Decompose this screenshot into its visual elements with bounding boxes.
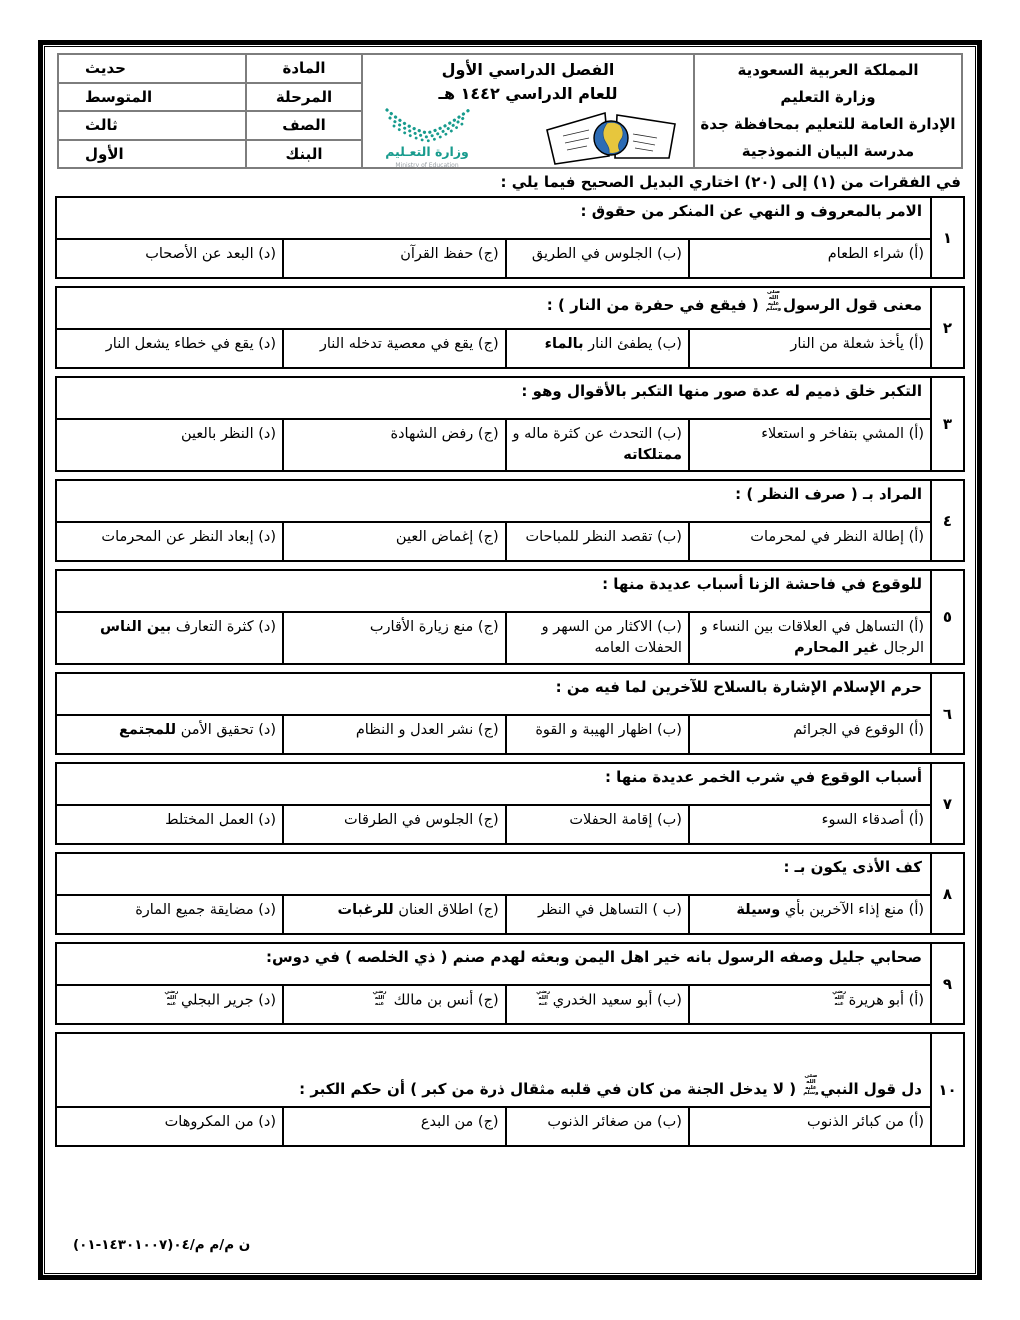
question-number: ٣ bbox=[930, 378, 963, 470]
question-options-row: (أ) يأخذ شعلة من النار(ب) يطفئ النار بال… bbox=[57, 330, 930, 367]
school-line: مدرسة البيان النموذجية bbox=[697, 138, 959, 165]
option-cell: (أ) الوقوع في الجرائم bbox=[690, 716, 930, 753]
option-cell: (د) كثرة التعارف بين الناس bbox=[57, 613, 284, 663]
option-cell: (د) البعد عن الأصحاب bbox=[57, 240, 284, 277]
option-cell: (ج) يقع في معصية تدخله النار bbox=[284, 330, 507, 367]
option-cell: (ج) إغماض العين bbox=[284, 523, 507, 560]
question-box: ١ الامر بالمعروف و النهي عن المنكر من حق… bbox=[55, 196, 965, 279]
question-stem: معنى قول الرسولصلى الله عليه وسلم ( فيقع… bbox=[57, 288, 930, 330]
ministry-line: وزارة التعليم bbox=[697, 84, 959, 111]
question-number: ٨ bbox=[930, 854, 963, 933]
ministry-logo-title: وزارة التعـليم bbox=[385, 144, 469, 159]
option-cell: (د) مضايقة جميع المارة bbox=[57, 896, 284, 933]
option-cell: (ب) اظهار الهيبة و القوة bbox=[507, 716, 690, 753]
question-options-row: (أ) إطالة النظر في لمحرمات(ب) تقصد النظر… bbox=[57, 523, 930, 560]
question-box: ٦ حرم الإسلام الإشارة بالسلاح للآخرين لم… bbox=[55, 672, 965, 755]
instruction-line: في الفقرات من (١) إلى (٢٠) اختاري البديل… bbox=[55, 169, 965, 196]
option-cell: (ج) من البدع bbox=[284, 1108, 507, 1145]
honorific-ligature: رضي الله عنه bbox=[163, 990, 180, 1007]
stage-label: المرحلة bbox=[245, 84, 361, 111]
question-box: ٥ للوقوع في فاحشة الزنا أسباب عديدة منها… bbox=[55, 569, 965, 665]
option-cell: (أ) منع إذاء الآخرين بأي وسيلة bbox=[690, 896, 930, 933]
question-number: ٥ bbox=[930, 571, 963, 663]
option-cell: (د) يقع في خطاء يشعل النار bbox=[57, 330, 284, 367]
option-cell: (أ) إطالة النظر في لمحرمات bbox=[690, 523, 930, 560]
kingdom-line: المملكة العربية السعودية bbox=[697, 57, 959, 84]
stage-value: المتوسط bbox=[59, 84, 245, 111]
question-stem: التكبر خلق ذميم له عدة صور منها التكبر ب… bbox=[57, 378, 930, 420]
subject-value-text: حديث bbox=[85, 59, 126, 77]
option-cell: (ج) الجلوس في الطرقات bbox=[284, 806, 507, 843]
question-box: ٣ التكبر خلق ذميم له عدة صور منها التكبر… bbox=[55, 376, 965, 472]
stage-row: المرحلة المتوسط bbox=[59, 82, 361, 111]
school-logo-icon bbox=[541, 108, 681, 170]
option-cell: (ب) يطفئ النار بالماء bbox=[507, 330, 690, 367]
question-stem: صحابي جليل وصفه الرسول بانه خير اهل اليم… bbox=[57, 944, 930, 986]
option-cell: (ب) إقامة الحفلات bbox=[507, 806, 690, 843]
option-cell: (ج) منع زيارة الأقارب bbox=[284, 613, 507, 663]
footer-code: ن م/م م/٠٤(١٤٣٠١٠٠٧-٠١) bbox=[73, 1237, 250, 1253]
option-cell: (ب) الاكثار من السهر و الحفلات العامه bbox=[507, 613, 690, 663]
option-cell: (أ) شراء الطعام bbox=[690, 240, 930, 277]
exam-info-table: المادة حديث المرحلة المتوسط الصف ثالث ال… bbox=[59, 55, 361, 167]
honorific-ligature: صلى الله عليه وسلم bbox=[765, 290, 782, 313]
honorific-ligature: رضي الله عنه bbox=[831, 990, 848, 1007]
question-stem: للوقوع في فاحشة الزنا أسباب عديدة منها : bbox=[57, 571, 930, 613]
question-box: ٧ أسباب الوقوع في شرب الخمر عديدة منها :… bbox=[55, 762, 965, 845]
option-cell: (د) تحقيق الأمن للمجتمع bbox=[57, 716, 284, 753]
question-number: ١٠ bbox=[930, 1034, 963, 1145]
question-stem: دل قول النبيصلى الله عليه وسلم ( لا يدخل… bbox=[57, 1034, 930, 1108]
term-title-block: الفصل الدراسي الأول للعام الدراسي ١٤٤٢ ه… bbox=[361, 55, 693, 167]
question-options-row: (أ) أصدقاء السوء(ب) إقامة الحفلات(ج) الج… bbox=[57, 806, 930, 843]
question-stem: الامر بالمعروف و النهي عن المنكر من حقوق… bbox=[57, 198, 930, 240]
semester-title: الفصل الدراسي الأول bbox=[442, 59, 615, 81]
option-cell: (د) النظر بالعين bbox=[57, 420, 284, 470]
question-options-row: (أ) أبو هريرةرضي الله عنه(ب) أبو سعيد ال… bbox=[57, 986, 930, 1023]
question-box: ٨ كف الأذى يكون بـ : (أ) منع إذاء الآخري… bbox=[55, 852, 965, 935]
subject-value: حديث bbox=[59, 55, 245, 82]
question-number: ٤ bbox=[930, 481, 963, 560]
option-cell: (د) جرير البجليرضي الله عنه bbox=[57, 986, 284, 1023]
question-options-row: (أ) التساهل في العلاقات بين النساء و الر… bbox=[57, 613, 930, 663]
directorate-line: الإدارة العامة للتعليم بمحافظة جدة bbox=[697, 111, 959, 138]
question-number: ٢ bbox=[930, 288, 963, 367]
question-options-row: (أ) شراء الطعام(ب) الجلوس في الطريق(ج) ح… bbox=[57, 240, 930, 277]
subject-row: المادة حديث bbox=[59, 55, 361, 82]
question-number: ٩ bbox=[930, 944, 963, 1023]
honorific-ligature: رضي الله عنه bbox=[371, 990, 388, 1007]
grade-row: الصف ثالث bbox=[59, 110, 361, 139]
option-cell: (أ) التساهل في العلاقات بين النساء و الر… bbox=[690, 613, 930, 663]
question-stem: كف الأذى يكون بـ : bbox=[57, 854, 930, 896]
option-cell: (ب) التحدث عن كثرة ماله و ممتلكاته bbox=[507, 420, 690, 470]
question-main: الامر بالمعروف و النهي عن المنكر من حقوق… bbox=[57, 198, 930, 277]
question-options-row: (أ) من كبائر الذنوب(ب) من صغائر الذنوب(ج… bbox=[57, 1108, 930, 1145]
option-cell: (ب) الجلوس في الطريق bbox=[507, 240, 690, 277]
question-main: معنى قول الرسولصلى الله عليه وسلم ( فيقع… bbox=[57, 288, 930, 367]
bank-value: الأول bbox=[59, 141, 245, 168]
kingdom-info-block: المملكة العربية السعودية وزارة التعليم ا… bbox=[693, 55, 961, 167]
option-cell: (د) إبعاد النظر عن المحرمات bbox=[57, 523, 284, 560]
question-box: ٤ المراد بـ ( صرف النظر ) : (أ) إطالة ال… bbox=[55, 479, 965, 562]
grade-label: الصف bbox=[245, 112, 361, 139]
question-number: ١ bbox=[930, 198, 963, 277]
exam-header-table: المملكة العربية السعودية وزارة التعليم ا… bbox=[57, 53, 963, 169]
page-outer-frame: المملكة العربية السعودية وزارة التعليم ا… bbox=[38, 40, 982, 1280]
question-main: التكبر خلق ذميم له عدة صور منها التكبر ب… bbox=[57, 378, 930, 470]
question-stem: المراد بـ ( صرف النظر ) : bbox=[57, 481, 930, 523]
question-number: ٦ bbox=[930, 674, 963, 753]
option-cell: (أ) أبو هريرةرضي الله عنه bbox=[690, 986, 930, 1023]
bank-row: البنك الأول bbox=[59, 139, 361, 168]
question-options-row: (أ) الوقوع في الجرائم(ب) اظهار الهيبة و … bbox=[57, 716, 930, 753]
question-main: صحابي جليل وصفه الرسول بانه خير اهل اليم… bbox=[57, 944, 930, 1023]
question-main: المراد بـ ( صرف النظر ) : (أ) إطالة النظ… bbox=[57, 481, 930, 560]
question-box: ٢ معنى قول الرسولصلى الله عليه وسلم ( في… bbox=[55, 286, 965, 369]
option-cell: (ب) تقصد النظر للمباحات bbox=[507, 523, 690, 560]
option-cell: (أ) أصدقاء السوء bbox=[690, 806, 930, 843]
question-main: حرم الإسلام الإشارة بالسلاح للآخرين لما … bbox=[57, 674, 930, 753]
question-stem: حرم الإسلام الإشارة بالسلاح للآخرين لما … bbox=[57, 674, 930, 716]
bank-label: البنك bbox=[245, 141, 361, 168]
option-cell: (د) العمل المختلط bbox=[57, 806, 284, 843]
option-cell: (ج) اطلاق العنان للرغبات bbox=[284, 896, 507, 933]
option-cell: (أ) المشي بتفاخر و استعلاء bbox=[690, 420, 930, 470]
option-cell: (ب) من صغائر الذنوب bbox=[507, 1108, 690, 1145]
question-main: دل قول النبيصلى الله عليه وسلم ( لا يدخل… bbox=[57, 1034, 930, 1145]
question-box: ١٠ دل قول النبيصلى الله عليه وسلم ( لا ي… bbox=[55, 1032, 965, 1147]
option-cell: (ب) أبو سعيد الخدريرضي الله عنه bbox=[507, 986, 690, 1023]
grade-value: ثالث bbox=[59, 112, 245, 139]
question-number: ٧ bbox=[930, 764, 963, 843]
ministry-logo-subtitle: Ministry of Education bbox=[395, 162, 458, 169]
question-options-row: (أ) منع إذاء الآخرين بأي وسيلة(ب ) التسا… bbox=[57, 896, 930, 933]
page-inner-frame: المملكة العربية السعودية وزارة التعليم ا… bbox=[44, 46, 976, 1274]
option-cell: (ب ) التساهل في النظر bbox=[507, 896, 690, 933]
question-stem: أسباب الوقوع في شرب الخمر عديدة منها : bbox=[57, 764, 930, 806]
stage-value-text: المتوسط bbox=[85, 88, 152, 106]
option-cell: (أ) من كبائر الذنوب bbox=[690, 1108, 930, 1145]
questions: ١ الامر بالمعروف و النهي عن المنكر من حق… bbox=[55, 196, 965, 1147]
option-cell: (ج) نشر العدل و النظام bbox=[284, 716, 507, 753]
year-title: للعام الدراسي ١٤٤٢ هـ bbox=[439, 83, 618, 105]
option-cell: (د) من المكروهات bbox=[57, 1108, 284, 1145]
logos-row: وزارة التعـليم Ministry of Education bbox=[365, 105, 691, 171]
ministry-logo-icon: وزارة التعـليم Ministry of Education bbox=[379, 107, 475, 171]
honorific-ligature: رضي الله عنه bbox=[535, 990, 552, 1007]
option-cell: (أ) يأخذ شعلة من النار bbox=[690, 330, 930, 367]
question-options-row: (أ) المشي بتفاخر و استعلاء(ب) التحدث عن … bbox=[57, 420, 930, 470]
question-main: كف الأذى يكون بـ : (أ) منع إذاء الآخرين … bbox=[57, 854, 930, 933]
question-main: للوقوع في فاحشة الزنا أسباب عديدة منها :… bbox=[57, 571, 930, 663]
honorific-ligature: صلى الله عليه وسلم bbox=[802, 1074, 819, 1097]
question-main: أسباب الوقوع في شرب الخمر عديدة منها : (… bbox=[57, 764, 930, 843]
option-cell: (ج) رفض الشهادة bbox=[284, 420, 507, 470]
option-cell: (ج) أنس بن مالك رضي الله عنه bbox=[284, 986, 507, 1023]
subject-label: المادة bbox=[245, 55, 361, 82]
bank-value-text: الأول bbox=[85, 145, 124, 163]
grade-value-text: ثالث bbox=[85, 116, 118, 134]
question-box: ٩ صحابي جليل وصفه الرسول بانه خير اهل ال… bbox=[55, 942, 965, 1025]
option-cell: (ج) حفظ القرآن bbox=[284, 240, 507, 277]
